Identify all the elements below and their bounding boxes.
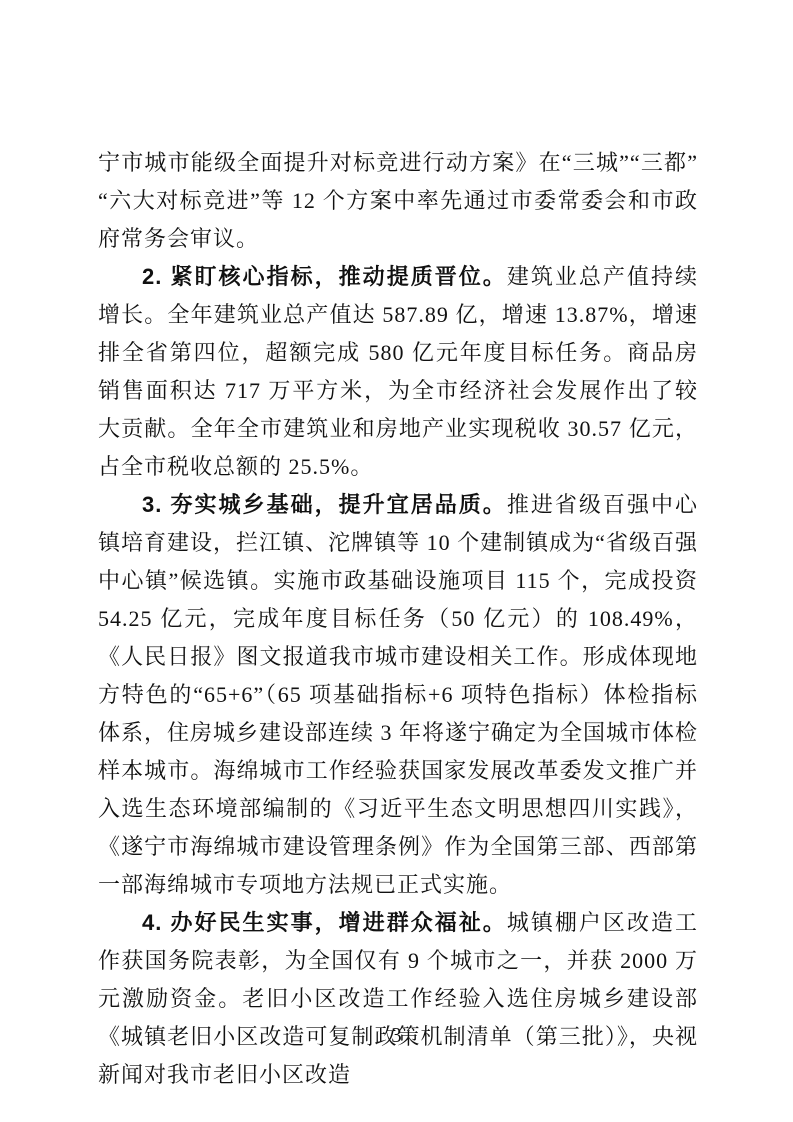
paragraph-text: 推进省级百强中心镇培育建设，拦江镇、沱牌镇等 10 个建制镇成为“省级百强中心镇… [98, 492, 698, 897]
paragraph-lead: 4. 办好民生实事，增进群众福祉。 [142, 910, 507, 935]
page-number: 3 [0, 1022, 793, 1048]
paragraph-lead: 3. 夯实城乡基础，提升宜居品质。 [142, 492, 507, 517]
paragraph-lead: 2. 紧盯核心指标，推动提质晋位。 [142, 264, 507, 289]
paragraph: 2. 紧盯核心指标，推动提质晋位。建筑业总产值持续增长。全年建筑业总产值达 58… [98, 258, 698, 486]
paragraph: 4. 办好民生实事，增进群众福祉。城镇棚户区改造工作获国务院表彰，为全国仅有 9… [98, 904, 698, 1094]
paragraph-text: 宁市城市能级全面提升对标竞进行动方案》在“三城”“三都”“六大对标竞进”等 12… [98, 150, 698, 251]
paragraph-text: 城镇棚户区改造工作获国务院表彰，为全国仅有 9 个城市之一，并获 2000 万元… [98, 910, 698, 1087]
paragraph: 宁市城市能级全面提升对标竞进行动方案》在“三城”“三都”“六大对标竞进”等 12… [98, 144, 698, 258]
paragraph: 3. 夯实城乡基础，提升宜居品质。推进省级百强中心镇培育建设，拦江镇、沱牌镇等 … [98, 486, 698, 904]
paragraph-text: 建筑业总产值持续增长。全年建筑业总产值达 587.89 亿，增速 13.87%，… [98, 264, 698, 479]
document-body: 宁市城市能级全面提升对标竞进行动方案》在“三城”“三都”“六大对标竞进”等 12… [98, 144, 698, 1094]
document-page: 宁市城市能级全面提升对标竞进行动方案》在“三城”“三都”“六大对标竞进”等 12… [0, 0, 793, 1122]
